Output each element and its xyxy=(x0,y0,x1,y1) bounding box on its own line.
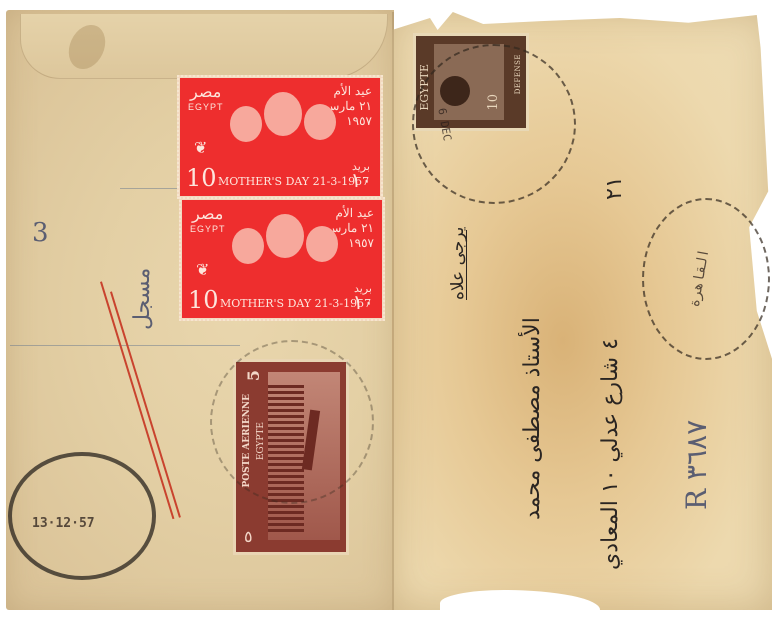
stamp-caption: MOTHER'S DAY 21-3-1957 xyxy=(220,297,371,310)
pencil-arabic-note: مسجل xyxy=(130,268,155,330)
address-line: يرجى علاه xyxy=(448,227,468,300)
address-line: الأستاذ مصطفى محمد xyxy=(520,317,545,520)
postmark-circle xyxy=(210,340,374,504)
laurel-branch-icon: ❦ xyxy=(194,138,207,157)
envelope-cover: مصر EGYPT عيد الأم ٢١ مارس ١٩٥٧ ❦ بريد 1… xyxy=(0,0,780,623)
stamp-value-arabic: ١٠ xyxy=(351,168,372,192)
address-line: ٢١ xyxy=(602,176,627,200)
stamp-value: 10 xyxy=(188,286,219,314)
stamp-mothers-day: مصر EGYPT عيد الأم ٢١ مارس ١٩٥٧ ❦ بريد 1… xyxy=(180,78,380,196)
stamp-mothers-day: مصر EGYPT عيد الأم ٢١ مارس ١٩٥٧ ❦ بريد 1… xyxy=(182,200,382,318)
stamp-country-arabic: مصر xyxy=(192,204,223,223)
stamp-country: EGYPT xyxy=(188,102,224,112)
mother-children-portrait xyxy=(224,210,344,292)
fold-line xyxy=(392,12,394,610)
underline xyxy=(466,230,467,300)
stamp-country-arabic: مصر xyxy=(190,82,221,101)
stamp-value: 10 xyxy=(186,164,217,192)
stamp-caption: MOTHER'S DAY 21-3-1957 xyxy=(218,175,369,188)
mother-children-portrait xyxy=(222,88,342,170)
postmark-date: 13·12·57 xyxy=(32,516,95,531)
pencil-line xyxy=(10,345,240,346)
laurel-branch-icon: ❦ xyxy=(196,260,209,279)
pencil-number: 3 xyxy=(32,218,49,248)
stamp-value-arabic: ١٠ xyxy=(353,290,374,314)
postmark-circle xyxy=(412,44,576,204)
pencil-line xyxy=(120,188,180,189)
registration-mark: R ٣٦٨٧ xyxy=(680,420,713,510)
address-line: ٤ شارع عدلي ١٠ المعادي xyxy=(598,338,623,570)
stamp-value-arabic: ٥ xyxy=(244,527,253,546)
stamp-country: EGYPT xyxy=(190,224,226,234)
